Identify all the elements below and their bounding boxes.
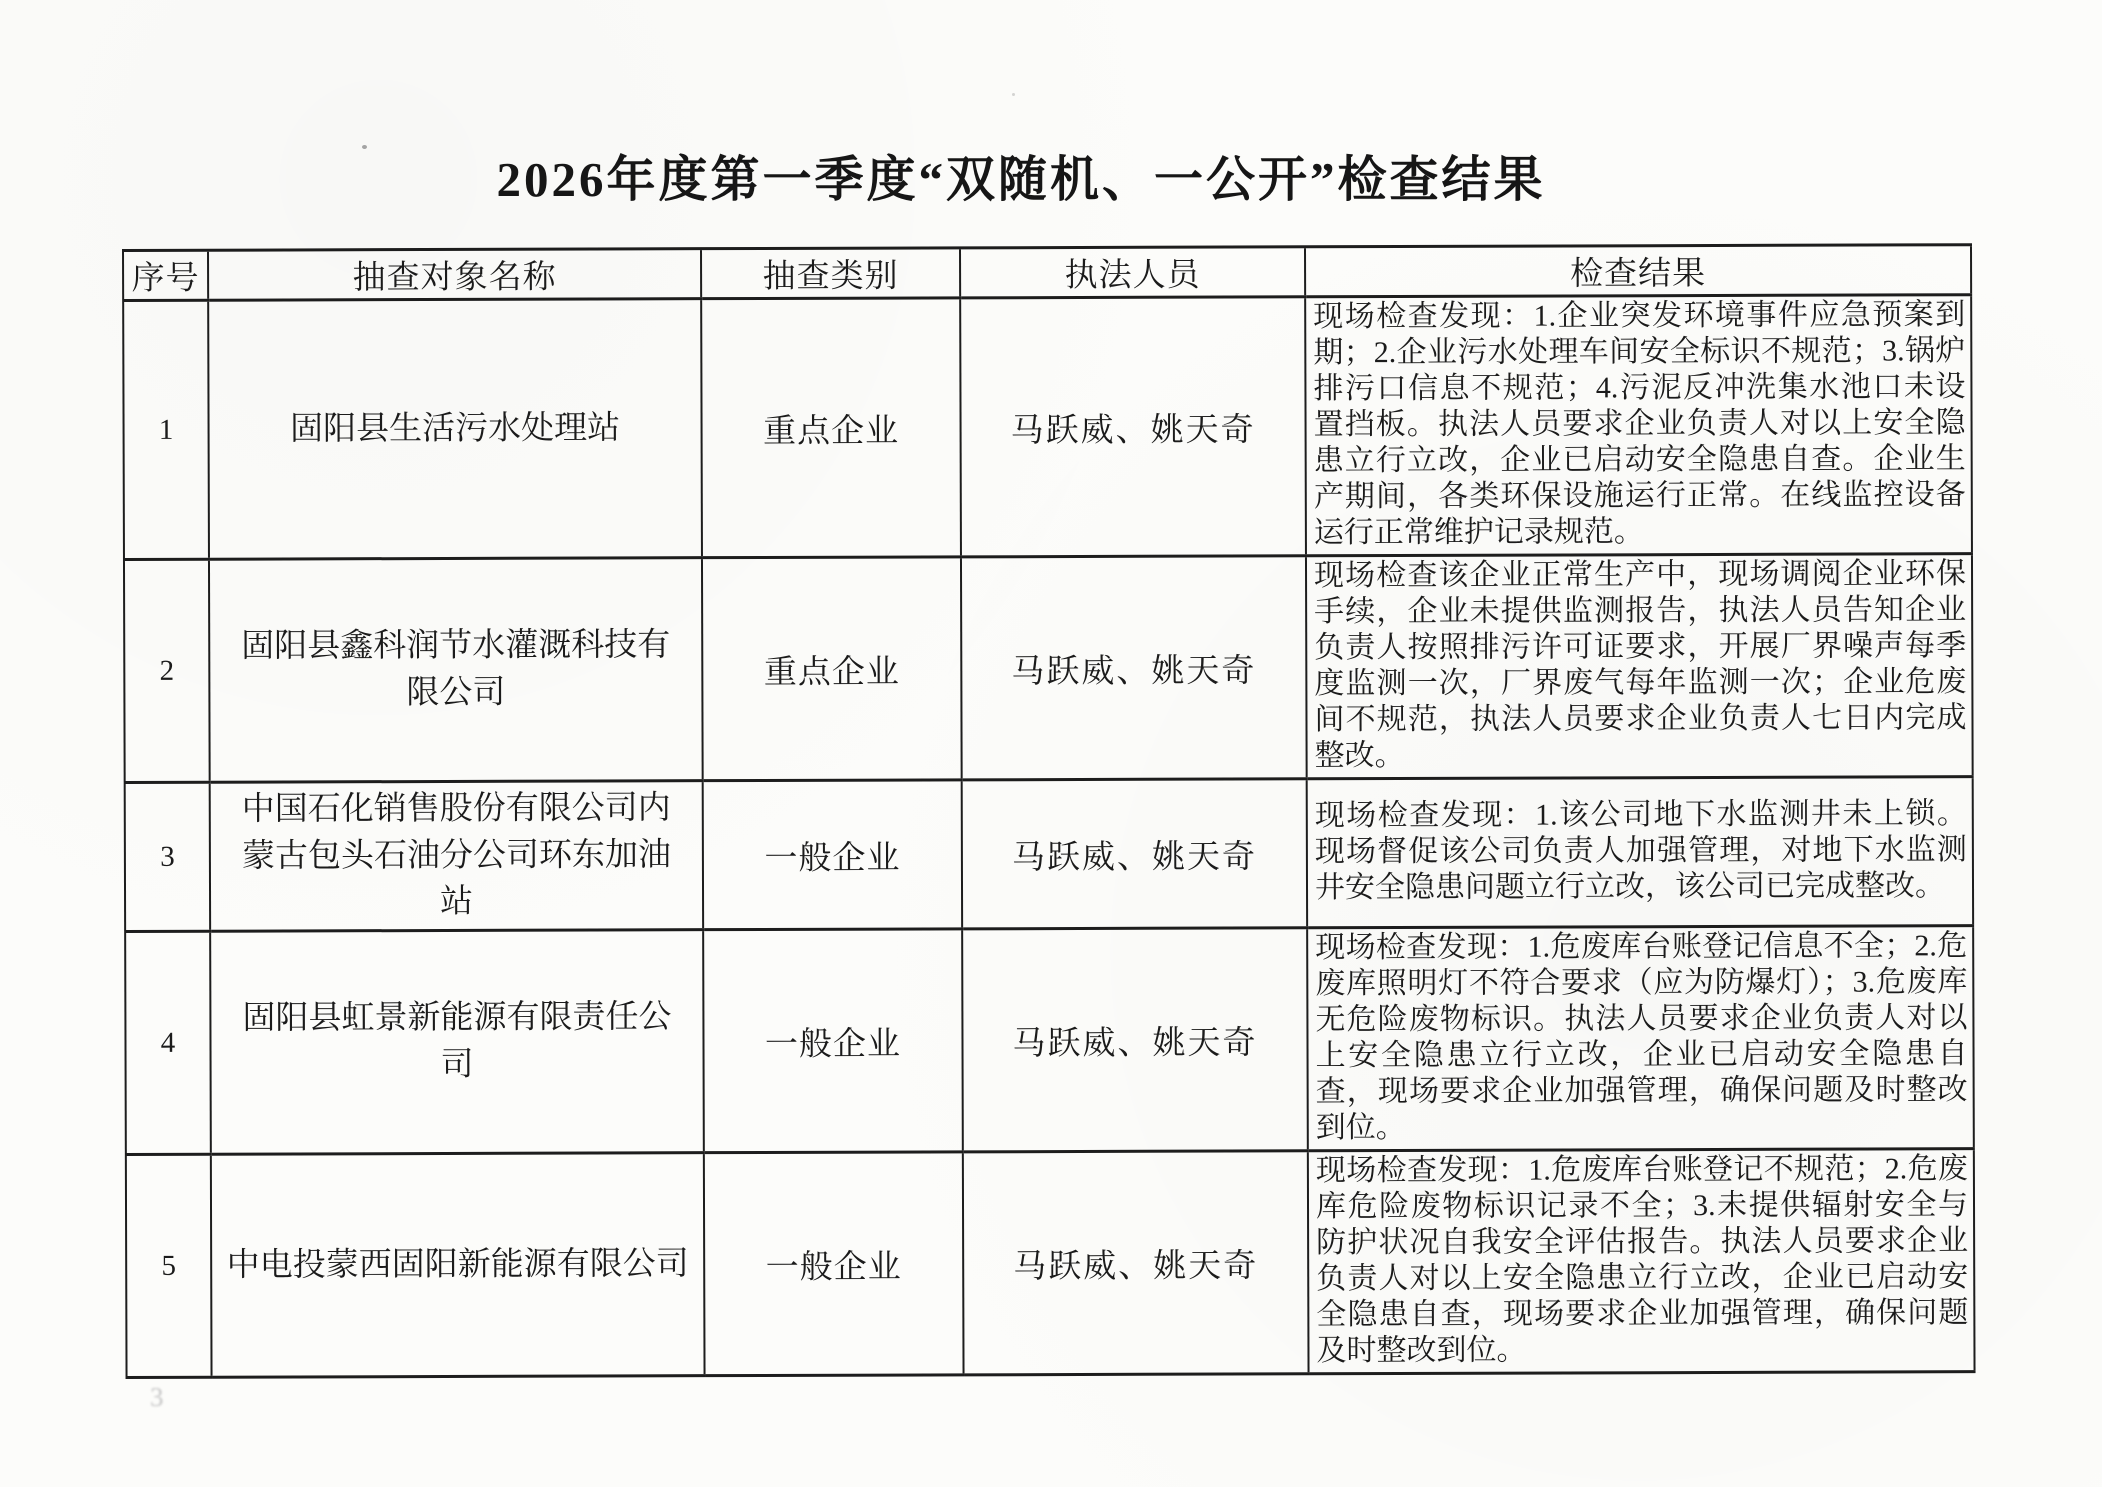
table-row: 4 固阳县虹景新能源有限责任公司 一般企业 马跃威、姚天奇 现场检查发现：1.危… bbox=[125, 926, 1974, 1155]
target-name-cell: 固阳县生活污水处理站 bbox=[208, 299, 702, 560]
column-header-target-name: 抽查对象名称 bbox=[208, 249, 701, 301]
category-cell: 一般企业 bbox=[703, 929, 963, 1153]
category-cell: 一般企业 bbox=[703, 780, 962, 930]
column-header-officers: 执法人员 bbox=[960, 247, 1305, 298]
officers-cell: 马跃威、姚天奇 bbox=[963, 1151, 1309, 1375]
category-cell: 一般企业 bbox=[704, 1152, 964, 1376]
serial-cell: 1 bbox=[123, 300, 209, 559]
category-cell: 重点企业 bbox=[701, 298, 961, 558]
category-cell: 重点企业 bbox=[702, 557, 962, 781]
inspection-results-table: 序号 抽查对象名称 抽查类别 执法人员 检查结果 1 固阳县生活污水处理站 重点… bbox=[122, 243, 1976, 1379]
scanned-document-page: 2026年度第一季度“双随机、一公开”检查结果 序号 抽查对象名称 抽查类别 执… bbox=[0, 0, 2102, 1487]
inspection-results-table-wrap: 序号 抽查对象名称 抽查类别 执法人员 检查结果 1 固阳县生活污水处理站 重点… bbox=[122, 243, 1976, 1379]
scan-speckle bbox=[1012, 93, 1015, 96]
column-header-category: 抽查类别 bbox=[701, 248, 960, 299]
table-row: 5 中电投蒙西固阳新能源有限公司 一般企业 马跃威、姚天奇 现场检查发现：1.危… bbox=[126, 1149, 1975, 1378]
result-cell: 现场检查发现：1.企业突发环境事件应急预案到期；2.企业污水处理车间安全标识不规… bbox=[1305, 295, 1972, 556]
column-header-result: 检查结果 bbox=[1305, 245, 1971, 297]
table-row: 3 中国石化销售股份有限公司内蒙古包头石油分公司环东加油站 一般企业 马跃威、姚… bbox=[125, 777, 1973, 932]
scan-speckle bbox=[362, 145, 367, 149]
header-row: 序号 抽查对象名称 抽查类别 执法人员 检查结果 bbox=[123, 245, 1971, 301]
faint-page-number: 3 bbox=[150, 1382, 164, 1413]
result-cell: 现场检查发现：1.危废库台账登记信息不全；2.危废库照明灯不符合要求（应为防爆灯… bbox=[1307, 926, 1974, 1151]
serial-cell: 2 bbox=[124, 559, 210, 782]
target-name-cell: 固阳县鑫科润节水灌溉科技有限公司 bbox=[209, 558, 703, 783]
table-row: 2 固阳县鑫科润节水灌溉科技有限公司 重点企业 马跃威、姚天奇 现场检查该企业正… bbox=[124, 554, 1973, 783]
result-cell: 现场检查该企业正常生产中，现场调阅企业环保手续，企业未提供监测报告，执法人员告知… bbox=[1306, 554, 1973, 779]
serial-cell: 4 bbox=[125, 931, 211, 1154]
document-title: 2026年度第一季度“双随机、一公开”检查结果 bbox=[0, 141, 2042, 211]
table-row: 1 固阳县生活污水处理站 重点企业 马跃威、姚天奇 现场检查发现：1.企业突发环… bbox=[123, 295, 1972, 560]
serial-cell: 3 bbox=[125, 782, 210, 931]
target-name-cell: 固阳县虹景新能源有限责任公司 bbox=[210, 930, 704, 1155]
column-header-serial: 序号 bbox=[123, 250, 208, 300]
result-cell: 现场检查发现：1.该公司地下水监测井未上锁。现场督促该公司负责人加强管理，对地下… bbox=[1307, 777, 1973, 928]
officers-cell: 马跃威、姚天奇 bbox=[961, 556, 1307, 780]
officers-cell: 马跃威、姚天奇 bbox=[962, 779, 1307, 929]
serial-cell: 5 bbox=[126, 1154, 212, 1377]
officers-cell: 马跃威、姚天奇 bbox=[960, 297, 1306, 557]
officers-cell: 马跃威、姚天奇 bbox=[962, 928, 1308, 1152]
target-name-cell: 中国石化销售股份有限公司内蒙古包头石油分公司环东加油站 bbox=[210, 781, 703, 932]
target-name-cell: 中电投蒙西固阳新能源有限公司 bbox=[211, 1153, 705, 1378]
result-cell: 现场检查发现：1.危废库台账登记不规范；2.危废库危险废物标识记录不全；3.未提… bbox=[1308, 1149, 1975, 1374]
